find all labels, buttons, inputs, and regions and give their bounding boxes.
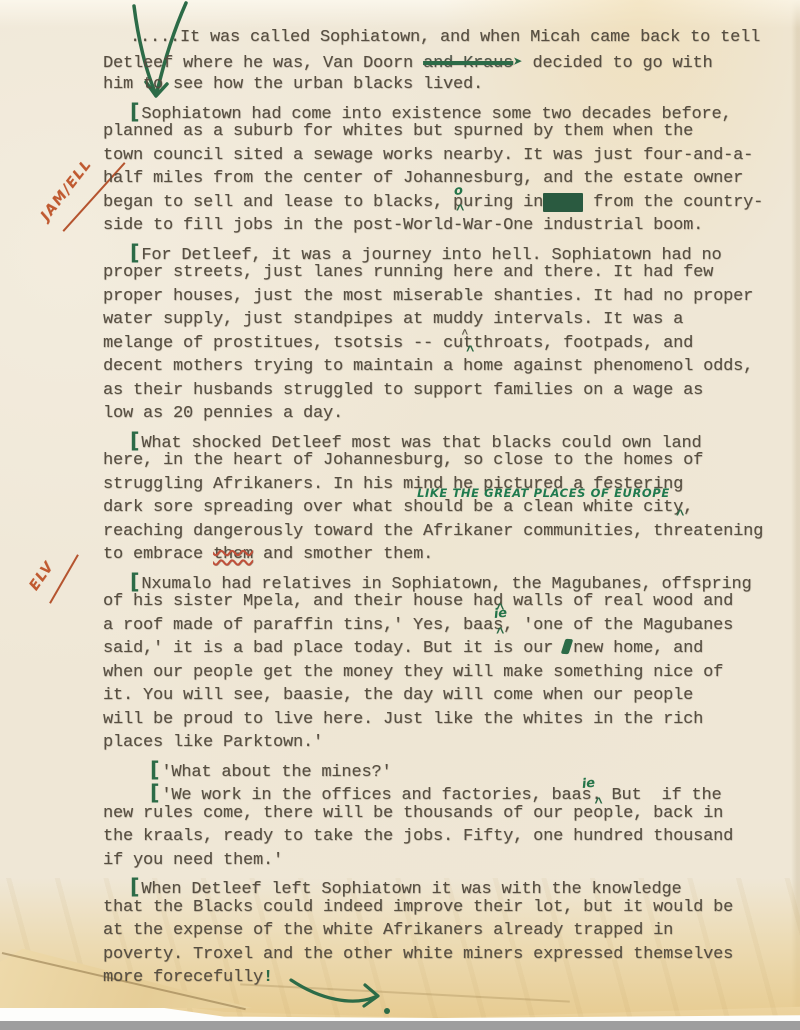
text-segment: from the country- xyxy=(583,193,763,212)
handwritten-insert: o xyxy=(453,184,455,199)
text-line: [Nxumalo had relatives in Sophiatown, th… xyxy=(103,569,793,593)
text-segment: began to sell and lease to blacks, p xyxy=(103,193,463,212)
text-segment: low as 20 pennies a day. xyxy=(103,404,343,423)
text-line: .....It was called Sophiatown, and when … xyxy=(103,28,793,52)
text-line: here, in the heart of Johannesburg, so c… xyxy=(103,451,793,475)
text-line: town council sited a sewage works nearby… xyxy=(103,146,793,170)
text-line: that the Blacks could indeed improve the… xyxy=(103,898,793,922)
text-line: proper streets, just lanes running here … xyxy=(103,263,793,287)
text-segment: when our people get the money they will … xyxy=(103,663,723,682)
text-segment: of his sister Mpela, and their house had xyxy=(103,592,503,611)
text-line: side to fill jobs in the post-World-War-… xyxy=(103,216,793,240)
text-line: [Sophiatown had come into existence some… xyxy=(103,99,793,123)
text-segment: that the Blacks could indeed improve the… xyxy=(103,898,733,917)
text-segment: Sophiatown had come into existence some … xyxy=(141,105,731,124)
text-line: at the expense of the white Afrikaners a… xyxy=(103,921,793,945)
handwritten-insert: ie xyxy=(493,607,495,622)
text-line: will be proud to live here. Just like th… xyxy=(103,710,793,734)
paragraph-bracket-mark: [ xyxy=(130,241,139,265)
text-line: reaching dangerously toward the Afrikane… xyxy=(103,522,793,546)
text-line: dark sore spreading over what LIKE THE G… xyxy=(103,498,793,522)
text-line: it. You will see, baasie, the day will c… xyxy=(103,686,793,710)
text-segment: proper streets, just lanes running here … xyxy=(103,263,713,282)
text-segment: proper houses, just the most miserable s… xyxy=(103,287,753,306)
paragraph-bracket-mark: [ xyxy=(130,100,139,124)
text-segment: dark sore spreading over what xyxy=(103,498,403,517)
text-line: him to see how the urban blacks lived. xyxy=(103,75,793,99)
text-segment: Detleef where he was, Van Doorn xyxy=(103,54,423,73)
text-segment: What shocked Detleef most was that black… xyxy=(141,434,701,453)
text-segment: side to fill jobs in the post-World-War-… xyxy=(103,216,703,235)
text-line: [For Detleef, it was a journey into hell… xyxy=(103,240,793,264)
text-segment: town council sited a sewage works nearby… xyxy=(103,146,753,165)
blackout-mark xyxy=(543,193,583,212)
text-segment: places like Parktown.' xyxy=(103,733,323,752)
text-line: began to sell and lease to blacks, p^our… xyxy=(103,193,793,217)
paragraph-bracket-mark: [ xyxy=(130,570,139,594)
text-segment: For Detleef, it was a journey into hell.… xyxy=(141,246,721,265)
text-segment: walls of real wood and xyxy=(503,592,733,611)
text-segment: throats, footpads, and xyxy=(473,334,693,353)
manuscript-text: .....It was called Sophiatown, and when … xyxy=(103,28,793,992)
scribbled-out-word: them xyxy=(213,545,253,564)
text-line: of his sister Mpela, and their house had… xyxy=(103,592,793,616)
text-segment: decent mothers trying to maintain a home… xyxy=(103,357,753,376)
text-line: a roof made of paraffin tins,' Yes, baas… xyxy=(103,616,793,640)
arrowhead-icon: ➤ xyxy=(513,54,522,72)
text-line: melange of prostitues, tsotsis -- cut^^t… xyxy=(103,334,793,358)
text-line: ['We work in the offices and factories, … xyxy=(103,780,793,804)
text-line: half miles from the center of Johannesbu… xyxy=(103,169,793,193)
text-segment: if you need them.' xyxy=(103,851,283,870)
text-line: decent mothers trying to maintain a home… xyxy=(103,357,793,381)
text-line: [When Detleef left Sophiatown it was wit… xyxy=(103,874,793,898)
text-segment: here, in the heart of Johannesburg, so c… xyxy=(103,451,703,470)
text-segment: as their husbands struggled to support f… xyxy=(103,381,703,400)
text-segment: 'What about the mines?' xyxy=(161,763,391,782)
text-line: proper houses, just the most miserable s… xyxy=(103,287,793,311)
paragraph-bracket-mark: [ xyxy=(130,429,139,453)
text-segment: 'We work in the offices and factories, b… xyxy=(161,786,591,805)
text-segment: a roof made of paraffin tins,' Yes, baas xyxy=(103,616,503,635)
text-segment: But if the xyxy=(602,786,722,805)
text-segment: melange of prostitues, tsotsis -- cut xyxy=(103,334,473,353)
text-line: new rules come, there will be thousands … xyxy=(103,804,793,828)
paragraph-bracket-mark: [ xyxy=(150,758,159,782)
paragraph-bracket-mark: [ xyxy=(130,875,139,899)
text-segment: should be a clean white city xyxy=(403,498,683,517)
text-segment: new home, and xyxy=(573,639,703,658)
text-segment: .....It was called Sophiatown, and when … xyxy=(130,28,760,47)
text-segment: to embrace xyxy=(103,545,213,564)
handwritten-insert: ie xyxy=(582,777,584,792)
text-segment: When Detleef left Sophiatown it was with… xyxy=(141,880,681,899)
text-segment: water supply, just standpipes at muddy i… xyxy=(103,310,683,329)
text-segment: Nxumalo had relatives in Sophiatown, the… xyxy=(141,575,751,594)
text-segment: will be proud to live here. Just like th… xyxy=(103,710,703,729)
text-segment: new rules come, there will be thousands … xyxy=(103,804,723,823)
text-segment: and smother them. xyxy=(253,545,433,564)
text-line: planned as a suburb for whites but spurn… xyxy=(103,122,793,146)
text-line: to embrace them and smother them. xyxy=(103,545,793,569)
text-line: the kraals, ready to take the jobs. Fift… xyxy=(103,827,793,851)
text-line: more forecefully! xyxy=(103,968,793,992)
text-segment: decided to go with xyxy=(523,54,713,73)
strikethrough-text: and Kraus xyxy=(423,54,513,73)
text-segment: more forecefully xyxy=(103,968,263,987)
text-line: said,' it is a bad place today. But it i… xyxy=(103,639,793,663)
text-segment: him to see how the urban blacks lived. xyxy=(103,75,483,94)
text-segment: it. You will see, baasie, the day will c… xyxy=(103,686,693,705)
green-exclamation: ! xyxy=(263,968,273,987)
text-segment: uring in xyxy=(463,193,543,212)
text-line: places like Parktown.' xyxy=(103,733,793,757)
text-line: Detleef where he was, Van Doorn and Krau… xyxy=(103,52,793,76)
text-segment: half miles from the center of Johannesbu… xyxy=(103,169,743,188)
text-line: if you need them.' xyxy=(103,851,793,875)
scanned-manuscript-page: JAM/ELL ELV .....It was called Sophiatow… xyxy=(0,0,800,1030)
text-segment: , xyxy=(683,498,693,517)
text-line: as their husbands struggled to support f… xyxy=(103,381,793,405)
text-segment: said,' it is a bad place today. But it i… xyxy=(103,639,563,658)
text-line: water supply, just standpipes at muddy i… xyxy=(103,310,793,334)
text-segment: poverty. Troxel and the other white mine… xyxy=(103,945,733,964)
text-segment: at the expense of the white Afrikaners a… xyxy=(103,921,673,940)
text-segment: , 'one of the Magubanes xyxy=(503,616,733,635)
text-segment: reaching dangerously toward the Afrikane… xyxy=(103,522,763,541)
text-line: poverty. Troxel and the other white mine… xyxy=(103,945,793,969)
text-segment: planned as a suburb for whites but spurn… xyxy=(103,122,693,141)
paragraph-bracket-mark: [ xyxy=(150,781,159,805)
text-line: ['What about the mines?' xyxy=(103,757,793,781)
scanner-background-strip xyxy=(0,1021,800,1030)
text-line: [What shocked Detleef most was that blac… xyxy=(103,428,793,452)
text-segment: the kraals, ready to take the jobs. Fift… xyxy=(103,827,733,846)
text-line: low as 20 pennies a day. xyxy=(103,404,793,428)
text-line: when our people get the money they will … xyxy=(103,663,793,687)
